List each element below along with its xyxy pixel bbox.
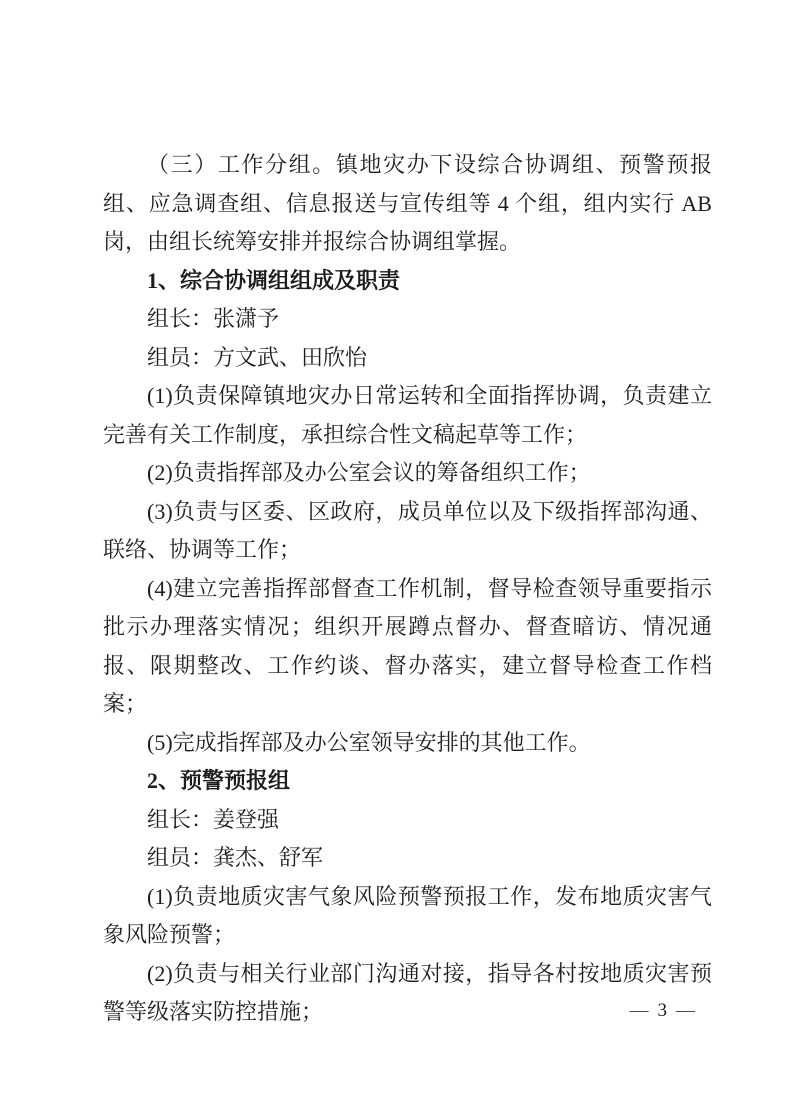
page-number: 3: [658, 999, 668, 1023]
paragraph: (2)负责与相关行业部门沟通对接，指导各村按地质灾害预警等级落实防控措施；: [103, 955, 712, 1032]
paragraph: 组长：姜登强: [103, 801, 712, 840]
document-page: （三）工作分组。镇地灾办下设综合协调组、预警预报组、应急调查组、信息报送与宣传组…: [0, 0, 790, 1119]
paragraph: 组长：张潇予: [103, 300, 712, 339]
section-heading: 2、预警预报组: [103, 762, 712, 801]
section-heading: 1、综合协调组组成及职责: [103, 262, 712, 301]
paragraph: （三）工作分组。镇地灾办下设综合协调组、预警预报组、应急调查组、信息报送与宣传组…: [103, 146, 712, 262]
page-number-dash-left: —: [630, 999, 649, 1023]
paragraph: (3)负责与区委、区政府，成员单位以及下级指挥部沟通、联络、协调等工作；: [103, 493, 712, 570]
paragraph: (5)完成指挥部及办公室领导安排的其他工作。: [103, 724, 712, 763]
page-number-dash-right: —: [676, 999, 695, 1023]
paragraph: 组员：方文武、田欣怡: [103, 339, 712, 378]
paragraph: (4)建立完善指挥部督查工作机制，督导检查领导重要指示批示办理落实情况；组织开展…: [103, 570, 712, 724]
paragraph: 组员：龚杰、舒军: [103, 839, 712, 878]
page-footer: — 3 —: [630, 999, 696, 1023]
document-body: （三）工作分组。镇地灾办下设综合协调组、预警预报组、应急调查组、信息报送与宣传组…: [103, 146, 712, 1032]
paragraph: (1)负责保障镇地灾办日常运转和全面指挥协调，负责建立完善有关工作制度，承担综合…: [103, 377, 712, 454]
paragraph: (2)负责指挥部及办公室会议的筹备组织工作；: [103, 454, 712, 493]
paragraph: (1)负责地质灾害气象风险预警预报工作，发布地质灾害气象风险预警；: [103, 878, 712, 955]
